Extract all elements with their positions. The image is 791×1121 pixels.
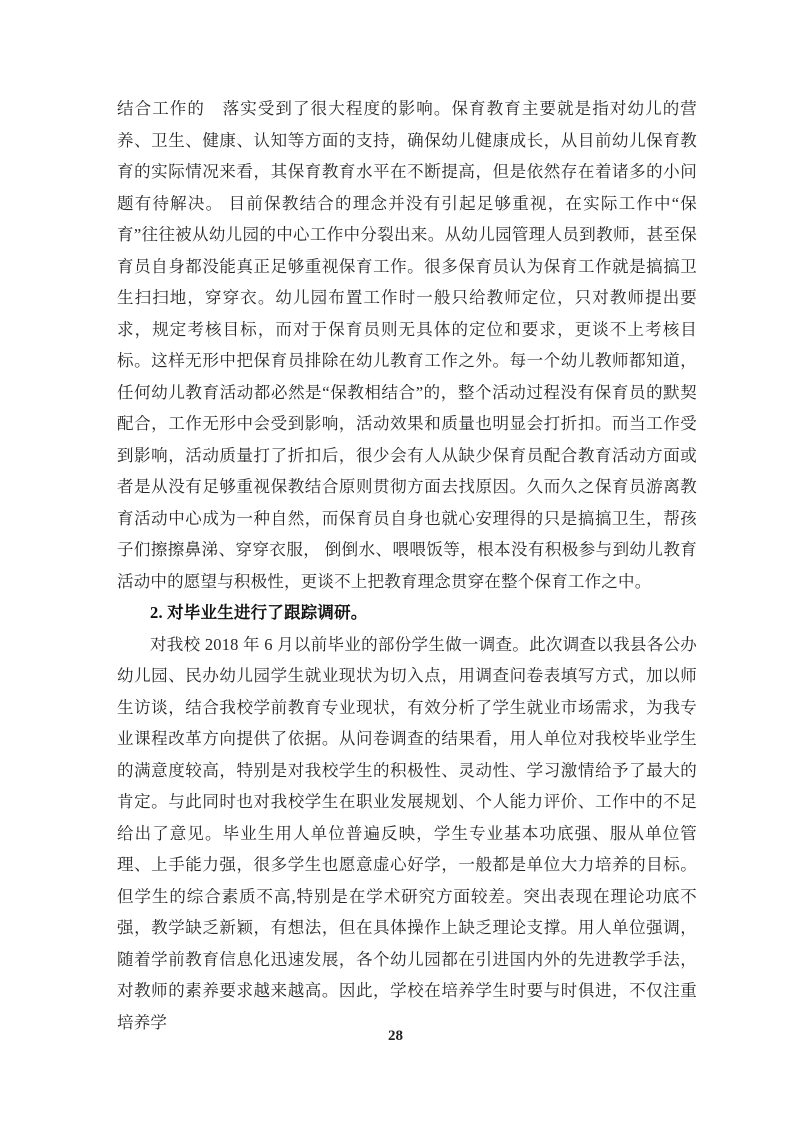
paragraph-continuation: 结合工作的 落实受到了很大程度的影响。保育教育主要就是指对幼儿的营养、卫生、健康… — [117, 93, 697, 597]
paragraph-survey: 对我校 2018 年 6 月以前毕业的部份学生做一调查。此次调查以我县各公办幼儿… — [117, 629, 697, 1039]
page-number: 28 — [0, 1028, 791, 1045]
document-page: 结合工作的 落实受到了很大程度的影响。保育教育主要就是指对幼儿的营养、卫生、健康… — [0, 0, 791, 1121]
section-heading: 2. 对毕业生进行了跟踪调研。 — [117, 597, 697, 629]
page-body-text: 结合工作的 落实受到了很大程度的影响。保育教育主要就是指对幼儿的营养、卫生、健康… — [117, 93, 697, 1038]
